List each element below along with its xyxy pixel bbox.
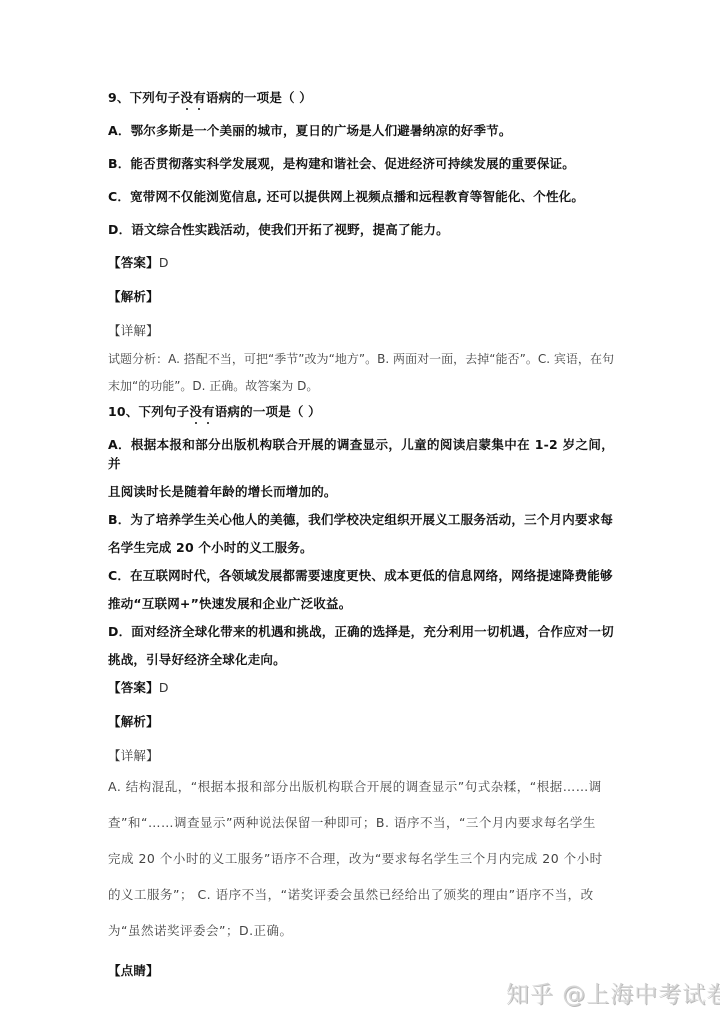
- exam-page: 9、下列句子没有语病的一项是（ ） A．鄂尔多斯是一个美丽的城市，夏日的广场是人…: [108, 88, 614, 980]
- question-number: 9、: [108, 90, 130, 105]
- q10-detail-text: A. 结构混乱，“根据本报和部分出版机构联合开展的调查显示”句式杂糅，“根据………: [108, 769, 614, 949]
- question-10-title: 10、下列句子没有语病的一项是（ ）: [108, 402, 614, 421]
- emphasis-char: 没: [189, 402, 202, 421]
- answer-value: D: [159, 255, 169, 270]
- q10-analysis-label: 【解析】: [108, 712, 614, 731]
- answer-value: D: [159, 680, 169, 695]
- emphasis-char: 有: [202, 402, 215, 421]
- q9-option-a: A．鄂尔多斯是一个美丽的城市，夏日的广场是人们避暑纳凉的好季节。: [108, 121, 614, 140]
- q9-analysis-label: 【解析】: [108, 287, 614, 306]
- q10-option-a: A．根据本报和部分出版机构联合开展的调查显示，儿童的阅读启蒙集中在 1-2 岁之…: [108, 435, 614, 501]
- q10-option-d: D．面对经济全球化带来的机遇和挑战，正确的选择是，充分利用一切机遇，合作应对一切…: [108, 622, 614, 669]
- question-number: 10、: [108, 404, 139, 419]
- q9-option-d: D．语文综合性实践活动，使我们开拓了视野，提高了能力。: [108, 220, 614, 239]
- question-9-title: 9、下列句子没有语病的一项是（ ）: [108, 88, 614, 107]
- q10-detail-label: 【详解】: [108, 746, 614, 765]
- q9-option-b: B．能否贯彻落实科学发展观，是构建和谐社会、促进经济可持续发展的重要保证。: [108, 154, 614, 173]
- answer-label: 【答案】: [108, 680, 159, 695]
- q10-answer: 【答案】D: [108, 678, 614, 697]
- answer-label: 【答案】: [108, 255, 159, 270]
- q10-option-c: C．在互联网时代，各领域发展都需要速度更快、成本更低的信息网络，网络提速降费能够…: [108, 566, 614, 613]
- q9-answer: 【答案】D: [108, 253, 614, 272]
- q10-option-b: B．为了培养学生关心他人的美德，我们学校决定组织开展义工服务活动，三个月内要求每…: [108, 510, 614, 557]
- q9-detail-label: 【详解】: [108, 321, 614, 340]
- emphasis-char: 没: [180, 88, 193, 107]
- zhihu-watermark: 知乎 @上海中考试卷: [506, 976, 720, 1009]
- emphasis-char: 有: [193, 88, 206, 107]
- q9-detail-text: 试题分析：A. 搭配不当，可把“季节”改为“地方”。B. 两面对一面，去掉“能否…: [108, 346, 614, 400]
- q9-option-c: C．宽带网不仅能浏览信息, 还可以提供网上视频点播和远程教育等智能化、个性化。: [108, 187, 614, 206]
